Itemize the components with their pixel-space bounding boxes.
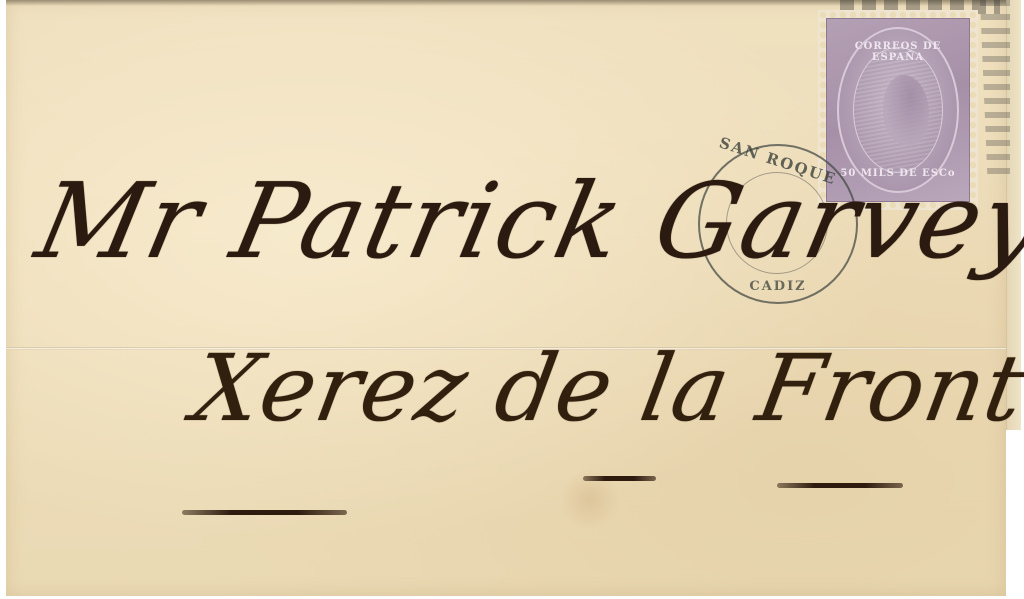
addressee-name: Mr Patrick Garvey — [27, 160, 1024, 282]
underline-stroke — [182, 510, 347, 515]
underline-stroke — [583, 476, 656, 481]
stamp-country-text: CORREOS DE ESPAÑA — [839, 41, 957, 63]
address-city: Xerez de la Frontera — [186, 335, 1024, 442]
underline-stroke — [777, 483, 903, 488]
